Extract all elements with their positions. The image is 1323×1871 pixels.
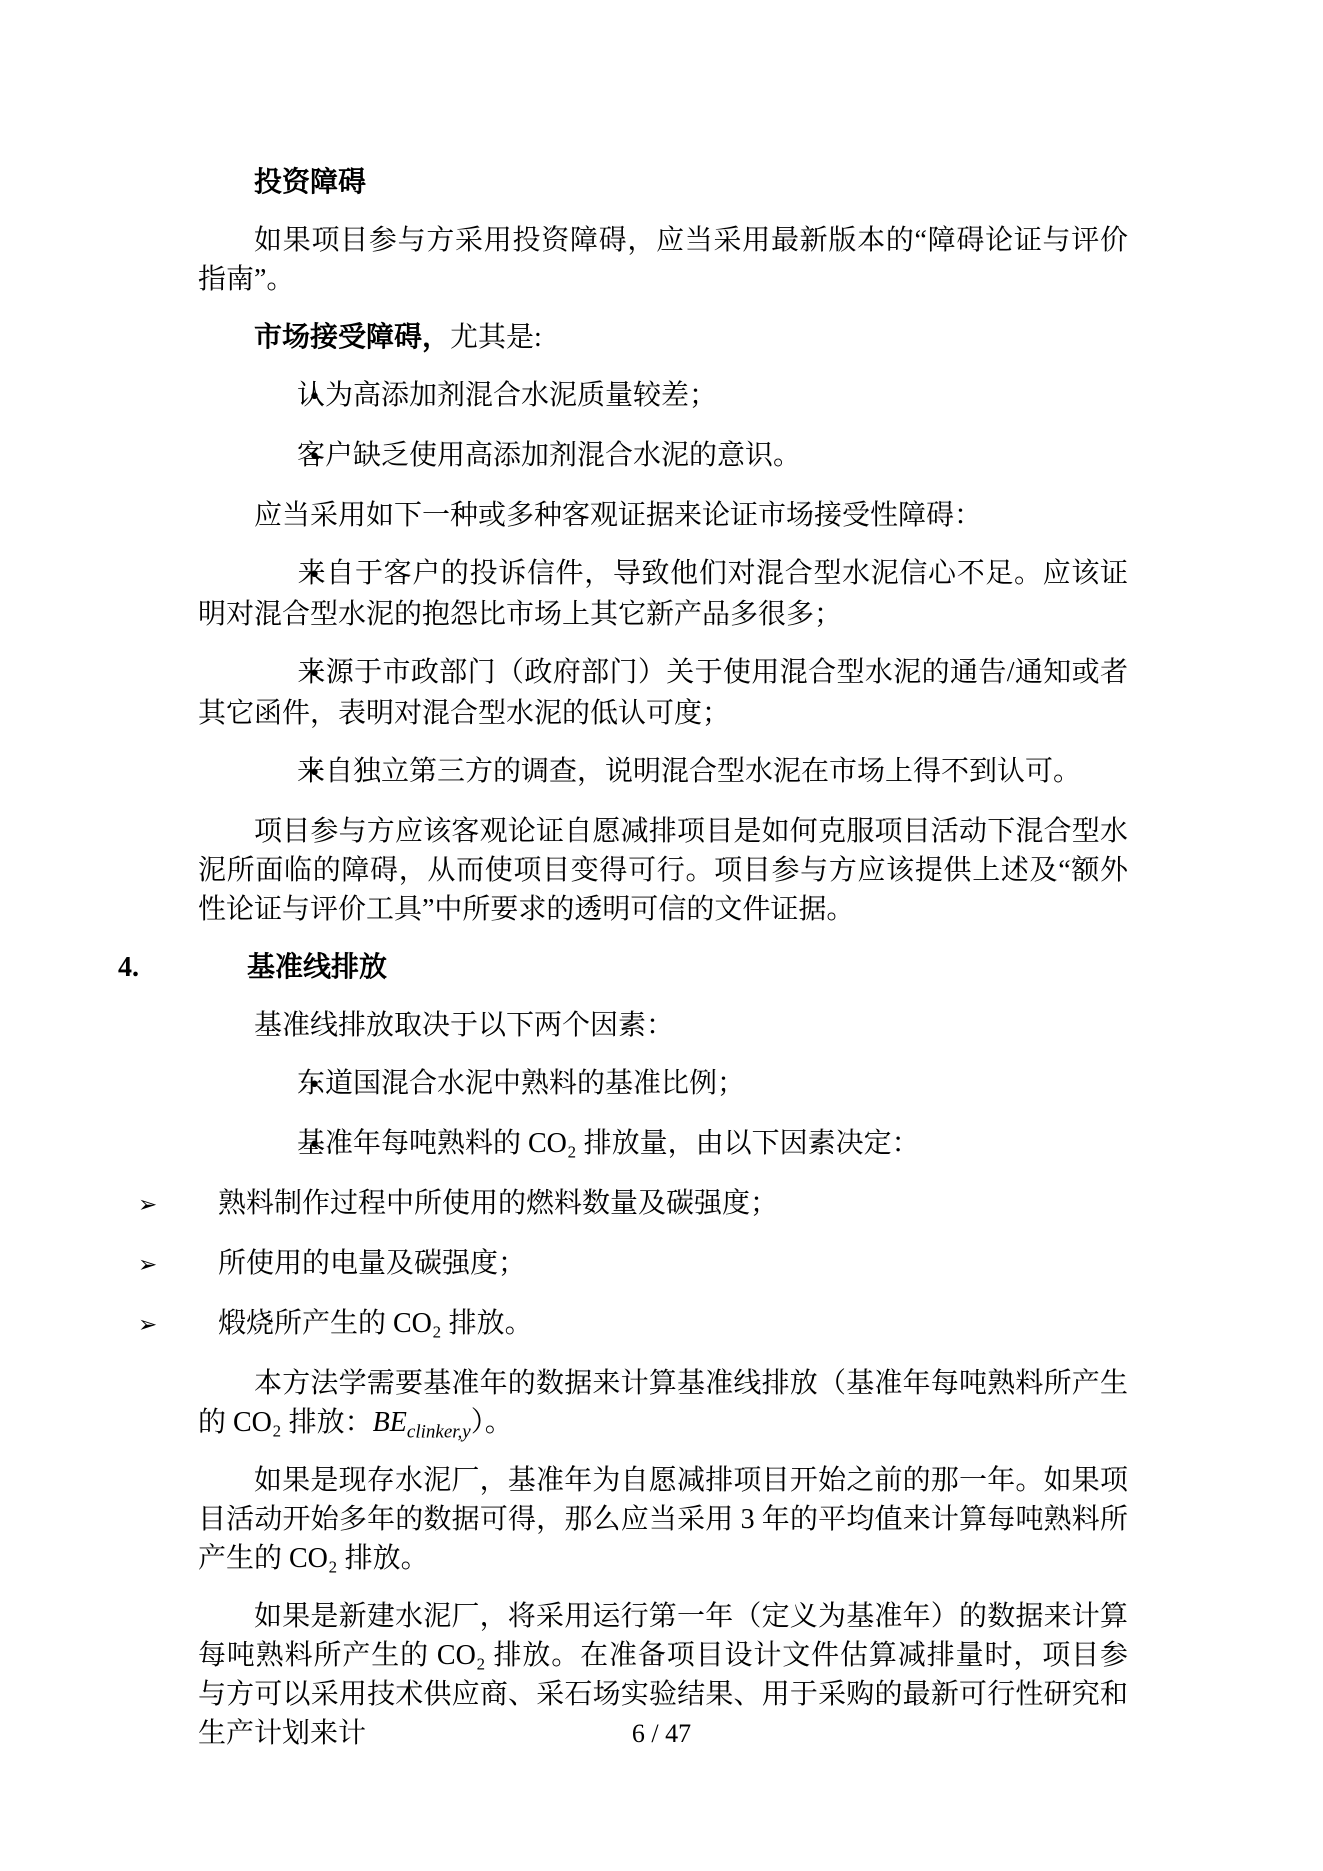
document-body: 投资障碍 如果项目参与方采用投资障碍，应当采用最新版本的“障碍论证与评价指南”。… xyxy=(198,163,1128,1772)
arrow-marker: ➢ xyxy=(168,1306,218,1345)
heading-baseline-emissions-text: 基准线排放 xyxy=(247,952,387,983)
bullet-item-co2-per-tonne-text: 基准年每吨熟料的 CO₂ 排放量，由以下因素决定： xyxy=(297,1128,920,1159)
bullet-marker: • xyxy=(253,1066,297,1105)
heading-market-rest-text: 尤其是: xyxy=(450,322,542,353)
heading-baseline-emissions: 4.基准线排放 xyxy=(198,948,1128,987)
heading-market-bold-text: 市场接受障碍， xyxy=(254,322,450,353)
heading-investment-barrier-text: 投资障碍 xyxy=(254,167,366,198)
bullet-marker: • xyxy=(253,655,297,694)
heading-market-acceptance-barrier: 市场接受障碍，尤其是: xyxy=(198,318,1128,357)
bullet-item-awareness: •客户缺乏使用高添加剂混合水泥的意识。 xyxy=(198,436,1128,477)
arrow-marker: ➢ xyxy=(168,1246,218,1285)
bullet-marker: • xyxy=(253,378,297,417)
paragraph-investment-barrier: 如果项目参与方采用投资障碍，应当采用最新版本的“障碍论证与评价指南”。 xyxy=(198,221,1128,299)
arrow-item-electricity-carbon-intensity: ➢所使用的电量及碳强度； xyxy=(198,1244,1128,1285)
arrow-item-calcination-co2-text: 煅烧所产生的 CO₂ 排放。 xyxy=(218,1308,533,1339)
bullet-item-co2-per-tonne: •基准年每吨熟料的 CO₂ 排放量，由以下因素决定： xyxy=(198,1124,1128,1165)
arrow-item-electricity-carbon-intensity-text: 所使用的电量及碳强度； xyxy=(218,1248,526,1279)
bullet-item-third-party-survey-text: 来自独立第三方的调查，说明混合型水泥在市场上得不到认可。 xyxy=(297,756,1081,787)
paragraph-methodology-baseline-data: 本方法学需要基准年的数据来计算基准线排放（基准年每吨熟料所产生的 CO₂ 排放：… xyxy=(198,1364,1128,1442)
arrow-marker: ➢ xyxy=(168,1186,218,1225)
bullet-item-quality-text: 认为高添加剂混合水泥质量较差； xyxy=(297,380,717,411)
paragraph-two-factors: 基准线排放取决于以下两个因素： xyxy=(198,1006,1128,1045)
bullet-item-municipal-notices-text: 来源于市政部门（政府部门）关于使用混合型水泥的通告/通知或者其它函件，表明对混合… xyxy=(198,657,1128,729)
bullet-item-complaints: •来自于客户的投诉信件，导致他们对混合型水泥信心不足。应该证明对混合型水泥的抱怨… xyxy=(198,554,1128,634)
heading-investment-barrier: 投资障碍 xyxy=(198,163,1128,202)
paragraph-methodology-text-a: 本方法学需要基准年的数据来计算基准线排放（基准年每吨熟料所产生的 CO₂ 排放： xyxy=(198,1368,1128,1438)
paragraph-methodology-text-b: ）。 xyxy=(471,1407,513,1438)
bullet-item-complaints-text: 来自于客户的投诉信件，导致他们对混合型水泥信心不足。应该证明对混合型水泥的抱怨比… xyxy=(198,558,1128,630)
arrow-item-fuel-carbon-intensity: ➢熟料制作过程中所使用的燃料数量及碳强度； xyxy=(198,1184,1128,1225)
bullet-item-clinker-ratio: •东道国混合水泥中熟料的基准比例； xyxy=(198,1064,1128,1105)
section-number: 4. xyxy=(158,948,247,987)
bullet-item-municipal-notices: •来源于市政部门（政府部门）关于使用混合型水泥的通告/通知或者其它函件，表明对混… xyxy=(198,653,1128,733)
paragraph-evidence: 应当采用如下一种或多种客观证据来论证市场接受性障碍： xyxy=(198,496,1128,535)
bullet-item-clinker-ratio-text: 东道国混合水泥中熟料的基准比例； xyxy=(297,1068,745,1099)
formula-be-subscript: clinker,y xyxy=(407,1422,471,1443)
arrow-item-calcination-co2: ➢煅烧所产生的 CO₂ 排放。 xyxy=(198,1304,1128,1345)
bullet-item-awareness-text: 客户缺乏使用高添加剂混合水泥的意识。 xyxy=(297,440,801,471)
bullet-item-quality: •认为高添加剂混合水泥质量较差； xyxy=(198,376,1128,417)
arrow-item-fuel-carbon-intensity-text: 熟料制作过程中所使用的燃料数量及碳强度； xyxy=(218,1188,778,1219)
page-number: 6 / 47 xyxy=(0,1719,1323,1749)
paragraph-overcome-barriers: 项目参与方应该客观论证自愿减排项目是如何克服项目活动下混合型水泥所面临的障碍，从… xyxy=(198,812,1128,929)
paragraph-existing-plant: 如果是现存水泥厂，基准年为自愿减排项目开始之前的那一年。如果项目活动开始多年的数… xyxy=(198,1461,1128,1578)
formula-be-variable: BE xyxy=(373,1407,407,1438)
bullet-marker: • xyxy=(253,556,297,595)
bullet-marker: • xyxy=(253,1126,297,1165)
bullet-marker: • xyxy=(253,754,297,793)
document-page: 投资障碍 如果项目参与方采用投资障碍，应当采用最新版本的“障碍论证与评价指南”。… xyxy=(0,0,1323,1871)
bullet-item-third-party-survey: •来自独立第三方的调查，说明混合型水泥在市场上得不到认可。 xyxy=(198,752,1128,793)
bullet-marker: • xyxy=(253,438,297,477)
